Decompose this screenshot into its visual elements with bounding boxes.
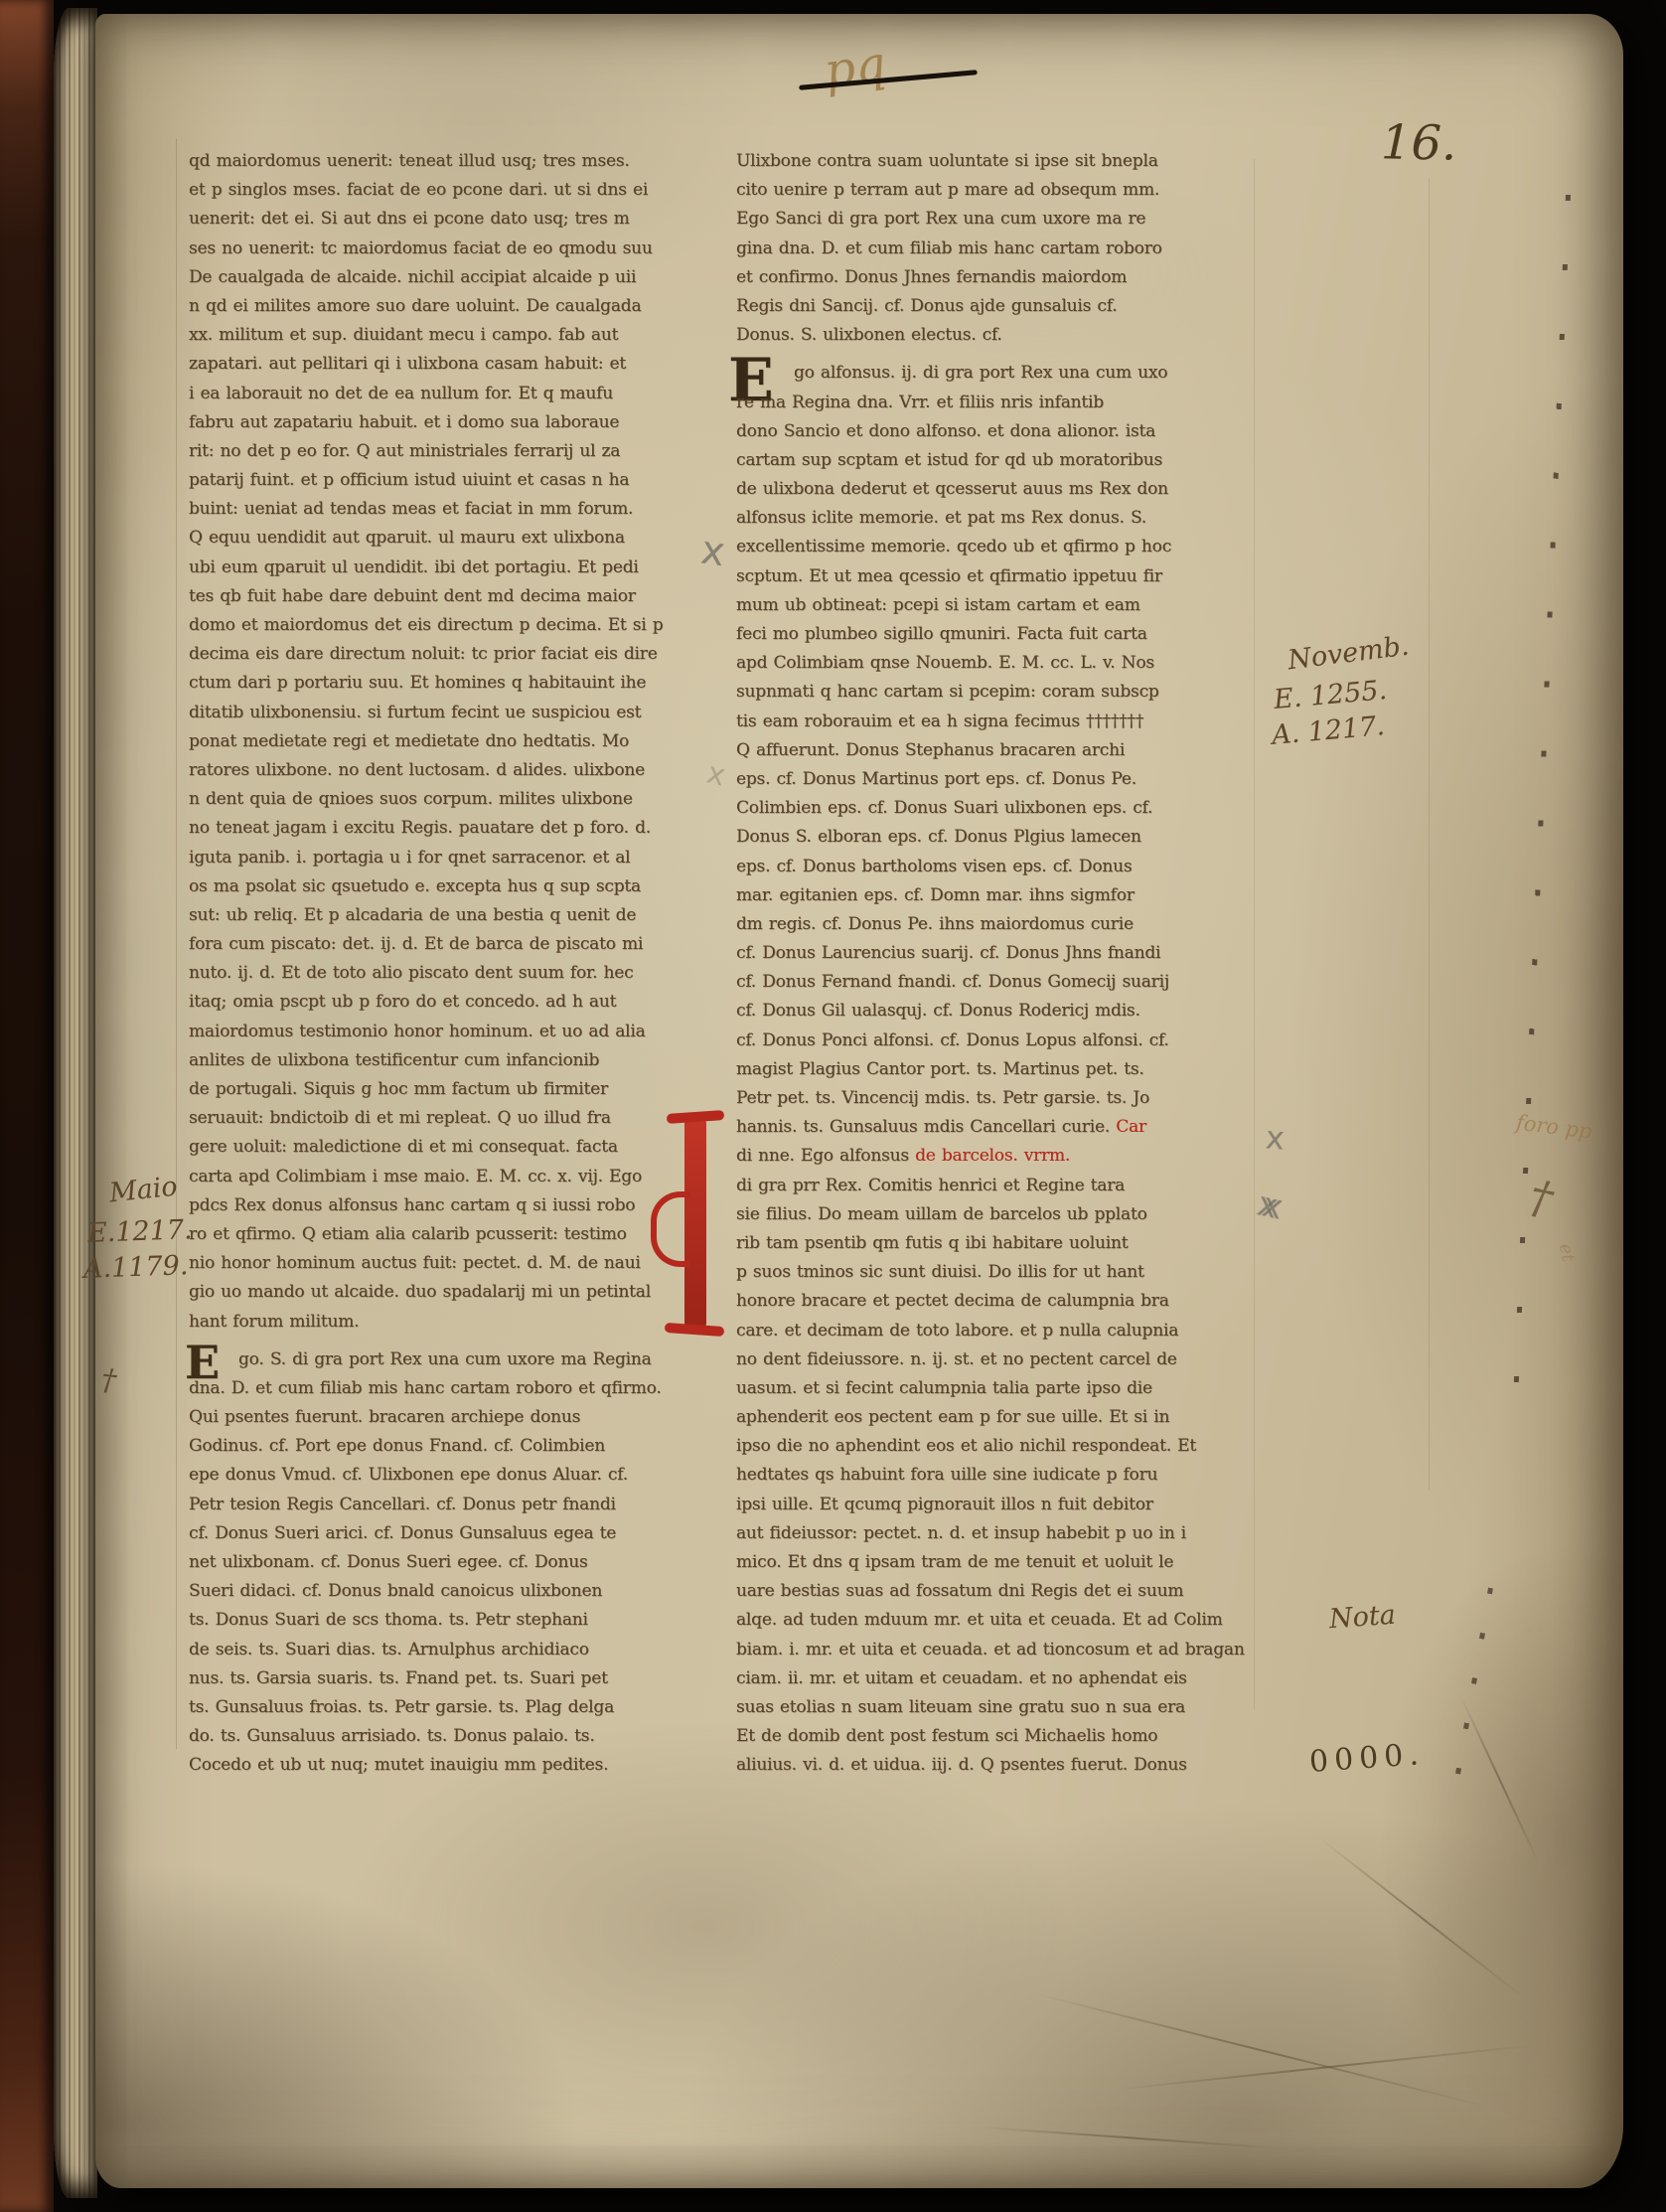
line-text: uare bestias suas ad fossatum dni Regis … (736, 1581, 1183, 1601)
line-text: mar. egitanien eps. cf. Domn mar. ihns s… (736, 885, 1135, 905)
manuscript-text-line: et p singlos mses. faciat de eo pcone da… (189, 176, 701, 205)
line-text: go. S. di gra port Rex una cum uxore ma … (189, 1349, 652, 1369)
line-text: ciam. ii. mr. et uitam et ceuadam. et no… (736, 1668, 1187, 1688)
manuscript-text-line: Q affuerunt. Donus Stephanus bracaren ar… (736, 736, 1249, 765)
line-text: gina dna. D. et cum filiab mis hanc cart… (736, 238, 1162, 258)
line-text: Sueri didaci. cf. Donus bnald canoicus u… (189, 1581, 602, 1601)
line-text: rib tam psentib qm futis q ibi habitare … (736, 1233, 1128, 1253)
manuscript-text-line: cartam sup scptam et istud for qd ub mor… (736, 446, 1249, 475)
manuscript-text-line: Donus S. elboran eps. cf. Donus Plgius l… (736, 823, 1249, 852)
line-text: domo et maiordomus det eis directum p de… (189, 615, 663, 635)
line-text: pdcs Rex donus alfonsus hanc cartam q si… (189, 1195, 635, 1215)
line-text: et p singlos mses. faciat de eo pcone da… (189, 180, 648, 200)
manuscript-text-line: uare bestias suas ad fossatum dni Regis … (736, 1577, 1249, 1606)
line-text: itaq; omia pscpt ub p foro do et concedo… (189, 992, 616, 1012)
line-text: carta apd Colimbiam i mse maio. E. M. cc… (189, 1167, 642, 1186)
manuscript-text-line: do. ts. Gunsaluus arrisiado. ts. Donus p… (189, 1722, 701, 1751)
line-text: buint: ueniat ad tendas meas et faciat i… (189, 499, 633, 519)
manuscript-text-line: no dent fideiussore. n. ij. st. et no pe… (736, 1345, 1249, 1374)
line-text: di gra prr Rex. Comitis henrici et Regin… (736, 1176, 1125, 1195)
manuscript-text-line: mico. Et dns q ipsam tram de me tenuit e… (736, 1548, 1249, 1577)
line-text: cf. Donus Laurencius suarij. cf. Donus J… (736, 943, 1160, 963)
line-text: cito uenire p terram aut p mare ad obseq… (736, 180, 1159, 200)
line-text: cf. Donus Gil ualasquj. cf. Donus Roderi… (736, 1001, 1140, 1021)
manuscript-text-line: di gra prr Rex. Comitis henrici et Regin… (736, 1172, 1249, 1200)
manuscript-text-line: cito uenire p terram aut p mare ad obseq… (736, 176, 1249, 205)
line-text: aphenderit eos pectent eam p for sue uil… (736, 1407, 1169, 1427)
manuscript-text-line: sie filius. Do meam uillam de barcelos u… (736, 1200, 1249, 1229)
manuscript-text-line: gere uoluit: maledictione di et mi conse… (189, 1133, 701, 1162)
line-text: Donus S. elboran eps. cf. Donus Plgius l… (736, 827, 1141, 847)
line-text: ditatib ulixbonensiu. si furtum fecint u… (189, 703, 641, 722)
manuscript-text-line: ratores ulixbone. no dent luctosam. d al… (189, 756, 701, 785)
manuscript-text-line: alfonsus iclite memorie. et pat ms Rex d… (736, 504, 1249, 533)
manuscript-text-line: ubi eum qparuit ul uendidit. ibi det por… (189, 553, 701, 582)
ruling-line (1254, 159, 1255, 1709)
line-text: alfonsus iclite memorie. et pat ms Rex d… (736, 508, 1146, 528)
line-text: dna. D. et cum filiab mis hanc cartam ro… (189, 1378, 662, 1398)
line-text: care. et decimam de toto labore. et p nu… (736, 1321, 1178, 1341)
top-quire-mark: pq (825, 40, 885, 95)
line-text: cf. Donus Sueri arici. cf. Donus Gunsalu… (189, 1523, 616, 1543)
line-text: ro et qfirmo. Q etiam alia calarib pcuss… (189, 1224, 627, 1244)
manuscript-text-line: zapatari. aut pellitari qi i ulixbona ca… (189, 350, 701, 379)
manuscript-text-line: nuto. ij. d. Et de toto alio piscato den… (189, 959, 701, 988)
manuscript-text-line: iguta panib. i. portagia u i for qnet sa… (189, 844, 701, 872)
manuscript-text-line: fora cum piscato: det. ij. d. Et de barc… (189, 930, 701, 959)
line-text: biam. i. mr. et uita et ceuada. et ad ti… (736, 1640, 1245, 1659)
manuscript-text-line: hedtates qs habuint fora uille sine iudi… (736, 1461, 1249, 1490)
line-text: n dent quia de qnioes suos corpum. milit… (189, 789, 633, 809)
line-text: eps. cf. Donus bartholoms visen eps. cf.… (736, 857, 1132, 876)
manuscript-text-line: n qd ei milites amore suo dare uoluint. … (189, 292, 701, 321)
line-text: de seis. ts. Suari dias. ts. Arnulphus a… (189, 1640, 589, 1659)
line-text: scptum. Et ut mea qcessio et qfirmatio i… (736, 566, 1162, 586)
line-text: excellentissime memorie. qcedo ub et qfi… (736, 537, 1171, 556)
manuscript-text-line: feci mo plumbeo sigillo qmuniri. Facta f… (736, 620, 1249, 649)
line-text: uenerit: det ei. Si aut dns ei pcone dat… (189, 209, 630, 229)
manuscript-text-line: di nne. Ego alfonsus de barcelos. vrrm. (736, 1142, 1249, 1171)
line-text: hant forum militum. (189, 1312, 359, 1332)
manuscript-photo: pq 16. Novemb. E. 1255. A. 1217. Nota 00… (0, 0, 1666, 2212)
manuscript-text-line: honore bracare et pectet decima de calum… (736, 1287, 1249, 1316)
line-text: ts. Donus Suari de scs thoma. ts. Petr s… (189, 1610, 588, 1630)
manuscript-text-line: n dent quia de qnioes suos corpum. milit… (189, 785, 701, 814)
line-text: fora cum piscato: det. ij. d. Et de barc… (189, 934, 643, 954)
initial-flourish (651, 1191, 690, 1267)
manuscript-text-line: xx. militum et sup. diuidant mecu i camp… (189, 321, 701, 350)
manuscript-text-line: ts. Gunsaluus froias. ts. Petr garsie. t… (189, 1693, 701, 1722)
line-text: di nne. Ego alfonsus (736, 1146, 915, 1166)
manuscript-text-line: patarij fuint. et p officium istud uiuin… (189, 466, 701, 495)
line-text: net ulixbonam. cf. Donus Sueri egee. cf.… (189, 1552, 587, 1572)
line-text: dm regis. cf. Donus Pe. ihns maiordomus … (736, 914, 1134, 934)
margin-note-era-left: E.1217. (86, 1214, 193, 1249)
line-text: gio uo mando ut alcaide. duo spadalarij … (189, 1282, 651, 1302)
manuscript-text-line: et confirmo. Donus Jhnes fernandis maior… (736, 263, 1249, 292)
manuscript-text-line: ciam. ii. mr. et uitam et ceuadam. et no… (736, 1664, 1249, 1693)
manuscript-text-line: os ma psolat sic qsuetudo e. excepta hus… (189, 872, 701, 901)
line-text: Q equu uendidit aut qparuit. ul mauru ex… (189, 528, 625, 548)
manuscript-text-line: ts. Donus Suari de scs thoma. ts. Petr s… (189, 1606, 701, 1635)
line-text: cf. Donus Fernand fnandi. cf. Donus Gome… (736, 972, 1169, 992)
line-text: sie filius. Do meam uillam de barcelos u… (736, 1204, 1147, 1224)
manuscript-text-line: aliuius. vi. d. et uidua. iij. d. Q psen… (736, 1751, 1249, 1780)
line-text: uasum. et si fecint calumpnia talia part… (736, 1378, 1152, 1398)
line-text: zapatari. aut pellitari qi i ulixbona ca… (189, 354, 626, 374)
line-text: Et de domib dent post festum sci Michael… (736, 1726, 1157, 1746)
manuscript-text-line: uenerit: det ei. Si aut dns ei pcone dat… (189, 205, 701, 234)
manuscript-text-line: scptum. Et ut mea qcessio et qfirmatio i… (736, 562, 1249, 591)
manuscript-text-line: alqe. ad tuden mduum mr. et uita et ceua… (736, 1606, 1249, 1635)
line-text: iguta panib. i. portagia u i for qnet sa… (189, 848, 630, 868)
manuscript-text-line: excellentissime memorie. qcedo ub et qfi… (736, 533, 1249, 561)
line-text: ponat medietate regi et medietate dno he… (189, 731, 629, 751)
line-text: sut: ub reliq. Et p alcadaria de una bes… (189, 905, 636, 925)
line-text: xx. militum et sup. diuidant mecu i camp… (189, 325, 618, 345)
manuscript-text-line: care. et decimam de toto labore. et p nu… (736, 1317, 1249, 1345)
manuscript-text-line: fabru aut zapatariu habuit. et i domo su… (189, 408, 701, 437)
line-text: eps. cf. Donus Martinus port eps. cf. Do… (736, 769, 1136, 789)
manuscript-text-line: gina dna. D. et cum filiab mis hanc cart… (736, 235, 1249, 263)
folio-number: 16. (1381, 114, 1457, 171)
manuscript-text-line: cf. Donus Gil ualasquj. cf. Donus Roderi… (736, 997, 1249, 1026)
line-text: aut fideiussor: pectet. n. d. et insup h… (736, 1523, 1186, 1543)
manuscript-text-line: rib tam psentib qm futis q ibi habitare … (736, 1229, 1249, 1258)
manuscript-text-line: hannis. ts. Gunsaluus mdis Cancellari cu… (736, 1113, 1249, 1142)
manuscript-text-line: i ea laborauit no det de ea nullum for. … (189, 380, 701, 408)
line-text: ipso die no aphendint eos et alio nichil… (736, 1436, 1196, 1456)
manuscript-text-line: uasum. et si fecint calumpnia talia part… (736, 1374, 1249, 1403)
line-text: gere uoluit: maledictione di et mi conse… (189, 1137, 618, 1157)
manuscript-text-line: decima eis dare directum noluit: tc prio… (189, 640, 701, 669)
manuscript-text-line: gio uo mando ut alcaide. duo spadalarij … (189, 1278, 701, 1307)
line-text: mico. Et dns q ipsam tram de me tenuit e… (736, 1552, 1173, 1572)
nota-annotation: Nota (1328, 1600, 1397, 1636)
line-text: suas etolias n suam liteuam sine gratu s… (736, 1697, 1185, 1717)
line-text: Q affuerunt. Donus Stephanus bracaren ar… (736, 740, 1125, 760)
quire-mark-glyph: pq (821, 36, 889, 99)
line-text: apd Colimbiam qnse Nouemb. E. M. cc. L. … (736, 653, 1154, 673)
line-text: p suos tminos sic sunt diuisi. Do illis … (736, 1262, 1144, 1282)
manuscript-text-line: nio honor hominum auctus fuit: pectet. d… (189, 1249, 701, 1278)
manuscript-text-line: Regis dni Sancij. cf. Donus ajde gunsalu… (736, 292, 1249, 321)
line-text: de portugali. Siquis g hoc mm factum ub … (189, 1079, 608, 1099)
manuscript-text-line: de portugali. Siquis g hoc mm factum ub … (189, 1075, 701, 1104)
line-text: go alfonsus. ij. di gra port Rex una cum… (736, 363, 1167, 383)
line-text: et confirmo. Donus Jhnes fernandis maior… (736, 267, 1127, 287)
line-text: anlites de ulixbona testificentur cum in… (189, 1050, 599, 1070)
binding-spine (0, 0, 54, 2212)
line-text: i ea laborauit no det de ea nullum for. … (189, 384, 613, 403)
line-text: n qd ei milites amore suo dare uoluint. … (189, 296, 641, 316)
manuscript-text-line: hant forum militum. (189, 1308, 701, 1337)
manuscript-text-line: Ulixbone contra suam uoluntate si ipse s… (736, 147, 1249, 176)
manuscript-text-line: no teneat jagam i excitu Regis. pauatare… (189, 814, 701, 843)
line-text: Regis dni Sancij. cf. Donus ajde gunsalu… (736, 296, 1117, 316)
line-text: alqe. ad tuden mduum mr. et uita et ceua… (736, 1610, 1223, 1630)
manuscript-text-line: ctum dari p portariu suu. Et homines q h… (189, 669, 701, 698)
manuscript-text-line: Ego alfonsus. ij. di gra port Rex una cu… (736, 359, 1249, 388)
manuscript-text-line: qd maiordomus uenerit: teneat illud usq;… (189, 147, 701, 176)
line-text: Godinus. cf. Port epe donus Fnand. cf. C… (189, 1436, 605, 1456)
manuscript-text-line: Qui psentes fuerunt. bracaren archiepe d… (189, 1403, 701, 1432)
line-text: supnmati q hanc cartam si pcepim: coram … (736, 682, 1159, 702)
manuscript-text-line: ro et qfirmo. Q etiam alia calarib pcuss… (189, 1220, 701, 1249)
manuscript-text-line: tes qb fuit habe dare debuint dent md de… (189, 582, 701, 611)
line-text: patarij fuint. et p officium istud uiuin… (189, 470, 629, 490)
manuscript-text-line: dm regis. cf. Donus Pe. ihns maiordomus … (736, 910, 1249, 939)
text-column-left: qd maiordomus uenerit: teneat illud usq;… (189, 147, 701, 1781)
line-text: Colimbien eps. cf. Donus Suari ulixbonen… (736, 798, 1152, 818)
line-text: os ma psolat sic qsuetudo e. excepta hus… (189, 876, 641, 896)
line-text: Cocedo et ub ut nuq; mutet inauigiu mm p… (189, 1755, 608, 1775)
manuscript-text-line: De caualgada de alcaide. nichil accipiat… (189, 263, 701, 292)
line-text: Petr pet. ts. Vincencij mdis. ts. Petr g… (736, 1088, 1149, 1108)
line-text: ipsi uille. Et qcumq pignorauit illos n … (736, 1495, 1153, 1514)
line-text: epe donus Vmud. cf. Ulixbonen epe donus … (189, 1465, 628, 1485)
line-text: nio honor hominum auctus fuit: pectet. d… (189, 1253, 641, 1273)
manuscript-text-line: cf. Donus Fernand fnandi. cf. Donus Gome… (736, 968, 1249, 997)
manuscript-text-line: supnmati q hanc cartam si pcepim: coram … (736, 678, 1249, 707)
line-text: Ego Sanci di gra port Rex una cum uxore … (736, 209, 1145, 229)
line-text: De caualgada de alcaide. nichil accipiat… (189, 267, 636, 287)
manuscript-text-line: domo et maiordomus det eis directum p de… (189, 611, 701, 640)
manuscript-text-line: de ulixbona dederut et qcesserut auus ms… (736, 475, 1249, 504)
line-text: no teneat jagam i excitu Regis. pauatare… (189, 818, 651, 838)
manuscript-text-line: epe donus Vmud. cf. Ulixbonen epe donus … (189, 1461, 701, 1490)
line-text: hannis. ts. Gunsaluus mdis Cancellari cu… (736, 1117, 1116, 1137)
manuscript-text-line: dna. D. et cum filiab mis hanc cartam ro… (189, 1374, 701, 1403)
line-text: nuto. ij. d. Et de toto alio piscato den… (189, 963, 633, 983)
manuscript-text-line: magist Plagius Cantor port. ts. Martinus… (736, 1055, 1249, 1084)
margin-note-anno-left: A.1179. (82, 1250, 188, 1285)
manuscript-text-line: aut fideiussor: pectet. n. d. et insup h… (736, 1519, 1249, 1548)
manuscript-text-line: Donus. S. ulixbonen electus. cf. (736, 321, 1249, 350)
manuscript-text-line: apd Colimbiam qnse Nouemb. E. M. cc. L. … (736, 649, 1249, 678)
line-text: rit: no det p eo for. Q aut ministriales… (189, 441, 620, 461)
manuscript-text-line: maiordomus testimonio honor hominum. et … (189, 1018, 701, 1046)
manuscript-text-line: ditatib ulixbonensiu. si furtum fecint u… (189, 699, 701, 727)
manuscript-text-line: Cocedo et ub ut nuq; mutet inauigiu mm p… (189, 1751, 701, 1780)
line-text: ts. Gunsaluus froias. ts. Petr garsie. t… (189, 1697, 614, 1717)
manuscript-text-line: buint: ueniat ad tendas meas et faciat i… (189, 495, 701, 524)
line-text: Ulixbone contra suam uoluntate si ipse s… (736, 151, 1158, 171)
manuscript-text-line: Sueri didaci. cf. Donus bnald canoicus u… (189, 1577, 701, 1606)
manuscript-text-line: rit: no det p eo for. Q aut ministriales… (189, 437, 701, 466)
manuscript-text-line: pdcs Rex donus alfonsus hanc cartam q si… (189, 1191, 701, 1220)
line-text: ratores ulixbone. no dent luctosam. d al… (189, 760, 645, 780)
manuscript-text-line: ponat medietate regi et medietate dno he… (189, 727, 701, 756)
manuscript-text-line: suas etolias n suam liteuam sine gratu s… (736, 1693, 1249, 1722)
line-text: fabru aut zapatariu habuit. et i domo su… (189, 412, 619, 432)
line-text: cf. Donus Ponci alfonsi. cf. Donus Lopus… (736, 1030, 1169, 1050)
manuscript-text-line: Godinus. cf. Port epe donus Fnand. cf. C… (189, 1432, 701, 1461)
line-text: ses no uenerit: tc maiordomus faciat de … (189, 238, 653, 258)
illuminated-initial-i (684, 1120, 706, 1327)
line-text: qd maiordomus uenerit: teneat illud usq;… (189, 151, 630, 171)
line-text: feci mo plumbeo sigillo qmuniri. Facta f… (736, 624, 1147, 644)
manuscript-text-line: re ma Regina dna. Vrr. et filiis nris in… (736, 389, 1249, 417)
manuscript-text-line: tis eam roborauim et ea h signa fecimus … (736, 708, 1249, 736)
manuscript-text-line: ipso die no aphendint eos et alio nichil… (736, 1432, 1249, 1461)
manuscript-text-line: carta apd Colimbiam i mse maio. E. M. cc… (189, 1163, 701, 1191)
line-text: maiordomus testimonio honor hominum. et … (189, 1022, 646, 1041)
manuscript-text-line: net ulixbonam. cf. Donus Sueri egee. cf.… (189, 1548, 701, 1577)
manuscript-text-line: de seis. ts. Suari dias. ts. Arnulphus a… (189, 1636, 701, 1664)
manuscript-text-line: Et de domib dent post festum sci Michael… (736, 1722, 1249, 1751)
page-edge-stack (54, 8, 97, 2198)
manuscript-text-line: cf. Donus Laurencius suarij. cf. Donus J… (736, 939, 1249, 968)
manuscript-text-line: Colimbien eps. cf. Donus Suari ulixbonen… (736, 794, 1249, 823)
manuscript-text-line: mum ub obtineat: pcepi si istam cartam e… (736, 591, 1249, 620)
manuscript-text-line: Ego. S. di gra port Rex una cum uxore ma… (189, 1345, 701, 1374)
line-text: Donus. S. ulixbonen electus. cf. (736, 325, 1002, 345)
line-text: do. ts. Gunsaluus arrisiado. ts. Donus p… (189, 1726, 595, 1746)
manuscript-text-line: nus. ts. Garsia suaris. ts. Fnand pet. t… (189, 1664, 701, 1693)
manuscript-text-line: cf. Donus Sueri arici. cf. Donus Gunsalu… (189, 1519, 701, 1548)
manuscript-text-line: ses no uenerit: tc maiordomus faciat de … (189, 235, 701, 263)
manuscript-text-line: Petr pet. ts. Vincencij mdis. ts. Petr g… (736, 1084, 1249, 1113)
manuscript-text-line: ipsi uille. Et qcumq pignorauit illos n … (736, 1491, 1249, 1519)
line-text: re ma Regina dna. Vrr. et filiis nris in… (736, 393, 1104, 412)
manuscript-text-line: biam. i. mr. et uita et ceuada. et ad ti… (736, 1636, 1249, 1664)
line-text: mum ub obtineat: pcepi si istam cartam e… (736, 595, 1140, 615)
line-text: hedtates qs habuint fora uille sine iudi… (736, 1465, 1157, 1485)
line-text: dono Sancio et dono alfonso. et dona ali… (736, 421, 1155, 441)
ruling-line (176, 139, 177, 1749)
manuscript-text-line: Q equu uendidit aut qparuit. ul mauru ex… (189, 524, 701, 553)
line-text: nus. ts. Garsia suaris. ts. Fnand pet. t… (189, 1668, 608, 1688)
manuscript-text-line: dono Sancio et dono alfonso. et dona ali… (736, 417, 1249, 446)
line-text: aliuius. vi. d. et uidua. iij. d. Q psen… (736, 1755, 1187, 1775)
manuscript-text-line: p suos tminos sic sunt diuisi. Do illis … (736, 1258, 1249, 1287)
line-text: Qui psentes fuerunt. bracaren archiepe d… (189, 1407, 580, 1427)
rubric-text: de barcelos. vrrm. (915, 1146, 1070, 1166)
line-text: tis eam roborauim et ea h signa fecimus … (736, 711, 1143, 731)
pencil-x-mark: x (1265, 1118, 1287, 1157)
line-text: decima eis dare directum noluit: tc prio… (189, 644, 658, 664)
line-text: no dent fideiussore. n. ij. st. et no pe… (736, 1349, 1177, 1369)
manuscript-text-line: sut: ub reliq. Et p alcadaria de una bes… (189, 901, 701, 930)
manuscript-text-line: seruauit: bndictoib di et mi repleat. Q … (189, 1104, 701, 1133)
manuscript-text-line: itaq; omia pscpt ub p foro do et concedo… (189, 988, 701, 1017)
line-text: magist Plagius Cantor port. ts. Martinus… (736, 1059, 1144, 1079)
manuscript-text-line: anlites de ulixbona testificentur cum in… (189, 1046, 701, 1075)
line-text: tes qb fuit habe dare debuint dent md de… (189, 586, 636, 606)
line-text: Petr tesion Regis Cancellari. cf. Donus … (189, 1495, 616, 1514)
manuscript-text-line: Petr tesion Regis Cancellari. cf. Donus … (189, 1491, 701, 1519)
line-text: cartam sup scptam et istud for qd ub mor… (736, 450, 1162, 470)
manuscript-text-line: Ego Sanci di gra port Rex una cum uxore … (736, 205, 1249, 234)
line-text: ctum dari p portariu suu. Et homines q h… (189, 673, 646, 693)
line-text: seruauit: bndictoib di et mi repleat. Q … (189, 1108, 611, 1128)
line-text: honore bracare et pectet decima de calum… (736, 1291, 1169, 1311)
fold-line (1429, 179, 1430, 1491)
manuscript-text-line: mar. egitanien eps. cf. Domn mar. ihns s… (736, 881, 1249, 910)
manuscript-text-line: cf. Donus Ponci alfonsi. cf. Donus Lopus… (736, 1027, 1249, 1055)
line-text: de ulixbona dederut et qcesserut auus ms… (736, 479, 1168, 499)
manuscript-text-line: aphenderit eos pectent eam p for sue uil… (736, 1403, 1249, 1432)
text-column-right: Ulixbone contra suam uoluntate si ipse s… (736, 147, 1249, 1781)
manuscript-text-line: eps. cf. Donus Martinus port eps. cf. Do… (736, 765, 1249, 794)
line-text: ubi eum qparuit ul uendidit. ibi det por… (189, 557, 639, 577)
manuscript-text-line: eps. cf. Donus bartholoms visen eps. cf.… (736, 853, 1249, 881)
rubric-text: Car (1116, 1117, 1146, 1137)
